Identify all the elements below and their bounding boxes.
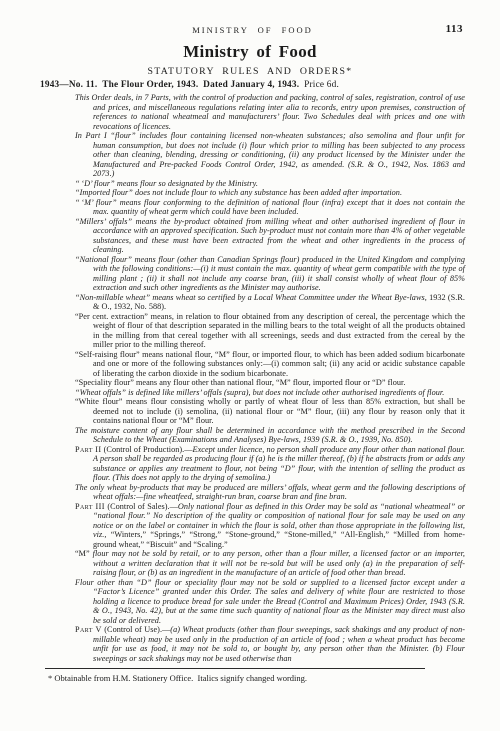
paragraph-segment: (Control of Production).—: [102, 445, 193, 454]
paragraph-segment: “Wheat offals” is defined like millers’ …: [75, 388, 444, 397]
order-price: Price 6d.: [304, 80, 339, 90]
paragraph-segment: “Imported flour” does not include flour …: [75, 188, 402, 197]
paragraph: “ ‘D’ flour” means flour so designated b…: [40, 179, 465, 189]
paragraph: “Self-raising flour” means national flou…: [40, 350, 465, 379]
paragraph: Flour other than “D” flour or speciality…: [40, 578, 465, 626]
footnote-rule: [45, 668, 425, 669]
paragraph-segment: (Control of Sales).—: [105, 502, 178, 511]
paragraph: Part V (Control of Use).—(a) Wheat produ…: [40, 625, 465, 663]
paragraph-segment: “Self-raising flour” means national flou…: [75, 350, 465, 378]
paragraph-segment: flour may not be sold by retail, or to a…: [93, 549, 465, 577]
paragraph-segment: In Part I “flour” includes flour contain…: [75, 131, 465, 178]
paragraph-segment: (Control of Use).—: [102, 625, 171, 634]
document-page: MINISTRY OF FOOD 113 Ministry of Food ST…: [0, 0, 500, 731]
paragraph-segment: “Non-millable wheat” means wheat so cert…: [75, 293, 429, 302]
paragraph: Part III (Control of Sales).—Only nation…: [40, 502, 465, 550]
paragraph-segment: Part II: [75, 445, 102, 454]
paragraph-segment: This Order deals, in 7 Parts, with the c…: [75, 93, 465, 131]
paragraph: “Per cent. extraction” means, in relatio…: [40, 312, 465, 350]
paragraph-segment: Flour other than “D” flour or speciality…: [75, 578, 465, 625]
page-number: 113: [446, 23, 463, 35]
page-header: MINISTRY OF FOOD 113: [40, 25, 465, 36]
paragraph-segment: “Winters,” “Springs,” “Strong,” “Stone-g…: [93, 530, 465, 549]
running-head: MINISTRY OF FOOD: [40, 25, 465, 35]
paragraph: “Non-millable wheat” means wheat so cert…: [40, 293, 465, 312]
paragraph-segment: The moisture content of any flour shall …: [75, 426, 465, 445]
paragraph-segment: The only wheat by-products that may be p…: [75, 483, 465, 502]
paragraph: “ ‘M’ flour” means flour conforming to t…: [40, 198, 465, 217]
paragraph: The only wheat by-products that may be p…: [40, 483, 465, 502]
paragraph-segment: “ ‘M’ flour” means flour conforming to t…: [75, 198, 465, 217]
page-title: Ministry of Food: [0, 42, 500, 63]
footnote: * Obtainable from H.M. Stationery Office…: [48, 673, 465, 683]
paragraph-segment: “Millers’ offals” means the by-product o…: [75, 217, 465, 255]
paragraph: “Millers’ offals” means the by-product o…: [40, 217, 465, 255]
paragraph: “M” flour may not be sold by retail, or …: [40, 549, 465, 578]
paragraph-segment: Part III: [75, 502, 105, 511]
paragraph-segment: “Speciality flour” means any flour other…: [75, 378, 405, 387]
paragraph: Part II (Control of Production).—Except …: [40, 445, 465, 483]
paragraph-segment: “National flour” means flour (other than…: [75, 255, 465, 293]
paragraph: In Part I “flour” includes flour contain…: [40, 131, 465, 179]
paragraph: “Speciality flour” means any flour other…: [40, 378, 465, 388]
paragraph: “White flour” means flour consisting who…: [40, 397, 465, 426]
paragraph-segment: Part V: [75, 625, 102, 634]
paragraph: “National flour” means flour (other than…: [40, 255, 465, 293]
paragraph-segment: “ ‘D’ flour” means flour so designated b…: [75, 179, 258, 188]
paragraph-segment: “White flour” means flour consisting who…: [75, 397, 465, 425]
paragraph: This Order deals, in 7 Parts, with the c…: [40, 93, 465, 131]
order-heading: 1943—No. 11. The Flour Order, 1943. Date…: [40, 80, 465, 92]
paragraph: The moisture content of any flour shall …: [40, 426, 465, 445]
body-paragraphs: This Order deals, in 7 Parts, with the c…: [40, 93, 465, 663]
order-heading-bold: 1943—No. 11. The Flour Order, 1943. Date…: [40, 80, 304, 90]
paragraph-segment: “M”: [75, 549, 93, 558]
paragraph: “Imported flour” does not include flour …: [40, 188, 465, 198]
statutory-rules-subtitle: STATUTORY RULES AND ORDERS*: [0, 66, 500, 78]
paragraph-segment: “Per cent. extraction” means, in relatio…: [75, 312, 465, 350]
paragraph: “Wheat offals” is defined like millers’ …: [40, 388, 465, 398]
